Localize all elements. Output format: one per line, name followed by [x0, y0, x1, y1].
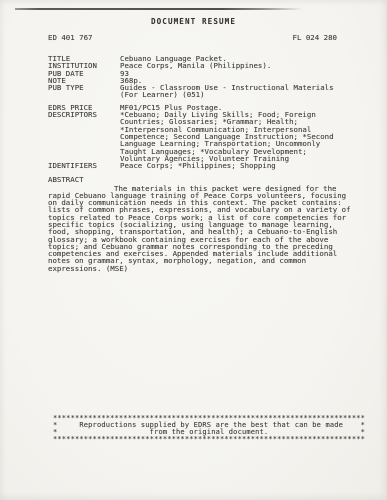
document-resume-title: DOCUMENT RESUME [0, 18, 387, 25]
field-row-identifiers: IDENTIFIERS Peace Corps; *Philippines; S… [48, 162, 351, 169]
catalog-fields: TITLE Cebuano Language Packet. INSTITUTI… [48, 55, 351, 169]
scanned-document-page: DOCUMENT RESUME ED 401 767 FL 024 280 TI… [0, 0, 387, 500]
field-value: *Cebuano; Daily Living Skills; Food; For… [120, 111, 351, 162]
scan-rule-line [15, 8, 303, 10]
edrs-reproduction-notice: ****************************************… [53, 415, 365, 443]
field-value: 93 [120, 70, 351, 77]
field-value: Guides - Classroom Use - Instructional M… [120, 84, 351, 99]
abstract-text: The materials in this packet were design… [48, 185, 351, 273]
ed-number: ED 401 767 [48, 34, 93, 41]
field-row-institution: INSTITUTION Peace Corps, Manila (Philipp… [48, 62, 351, 69]
field-label: DESCRIPTORS [48, 111, 120, 162]
asterisk-border-bottom: ****************************************… [53, 436, 365, 443]
field-value: Peace Corps, Manila (Philippines). [120, 62, 351, 69]
field-label: PUB TYPE [48, 84, 120, 99]
clearinghouse-number: FL 024 280 [293, 34, 338, 41]
field-row-descriptors: DESCRIPTORS *Cebuano; Daily Living Skill… [48, 111, 351, 162]
number-row: ED 401 767 FL 024 280 [48, 34, 337, 41]
field-label: IDENTIFIERS [48, 162, 120, 169]
field-row-pub-date: PUB DATE 93 [48, 70, 351, 77]
field-row-pub-type: PUB TYPE Guides - Classroom Use - Instru… [48, 84, 351, 99]
abstract-label: ABSTRACT [48, 176, 84, 183]
field-value: Peace Corps; *Philippines; Shopping [120, 162, 351, 169]
